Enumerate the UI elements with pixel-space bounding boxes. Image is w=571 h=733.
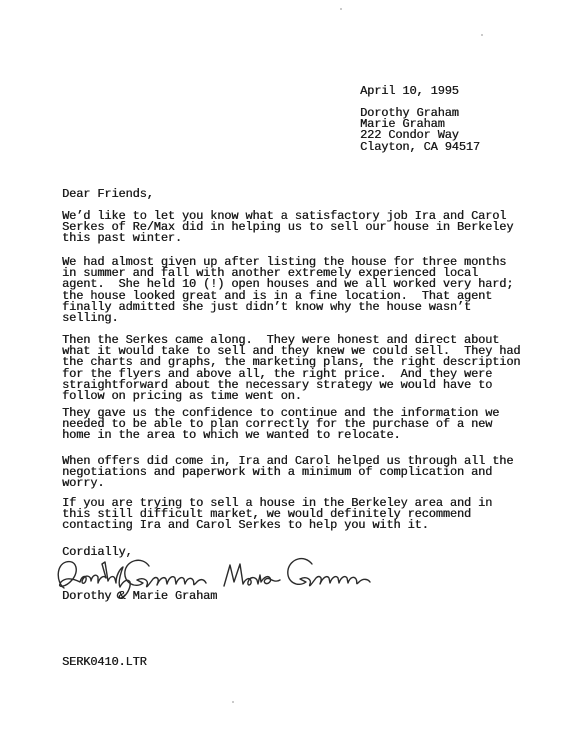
- salutation: Dear Friends,: [62, 189, 154, 200]
- signature-stroke-graham-2: [288, 559, 370, 586]
- signature-stroke-marie: [224, 564, 280, 586]
- paragraph-serkes-came-along: Then the Serkes came along. They were ho…: [62, 335, 520, 402]
- paragraph-recommendation: If you are trying to sell a house in the…: [62, 498, 492, 532]
- signature-stroke-graham-1: [125, 560, 206, 586]
- sender-address-block: Dorothy Graham Marie Graham 222 Condor W…: [360, 108, 480, 153]
- letter-page: April 10, 1995 Dorothy Graham Marie Grah…: [0, 0, 571, 733]
- paragraph-offers: When offers did come in, Ira and Carol h…: [62, 456, 513, 490]
- paragraph-previous-agent: We had almost given up after listing the…: [62, 257, 513, 324]
- scan-speck: [232, 701, 234, 703]
- scan-speck: [340, 8, 342, 10]
- paragraph-confidence: They gave us the confidence to continue …: [62, 408, 499, 442]
- paragraph-intro: We’d like to let you know what a satisfa…: [62, 211, 513, 245]
- scan-speck: [481, 34, 483, 36]
- letter-date: April 10, 1995: [360, 86, 459, 97]
- file-reference: SERK0410.LTR: [62, 657, 147, 668]
- typed-signature-name: Dorothy & Marie Graham: [62, 591, 217, 602]
